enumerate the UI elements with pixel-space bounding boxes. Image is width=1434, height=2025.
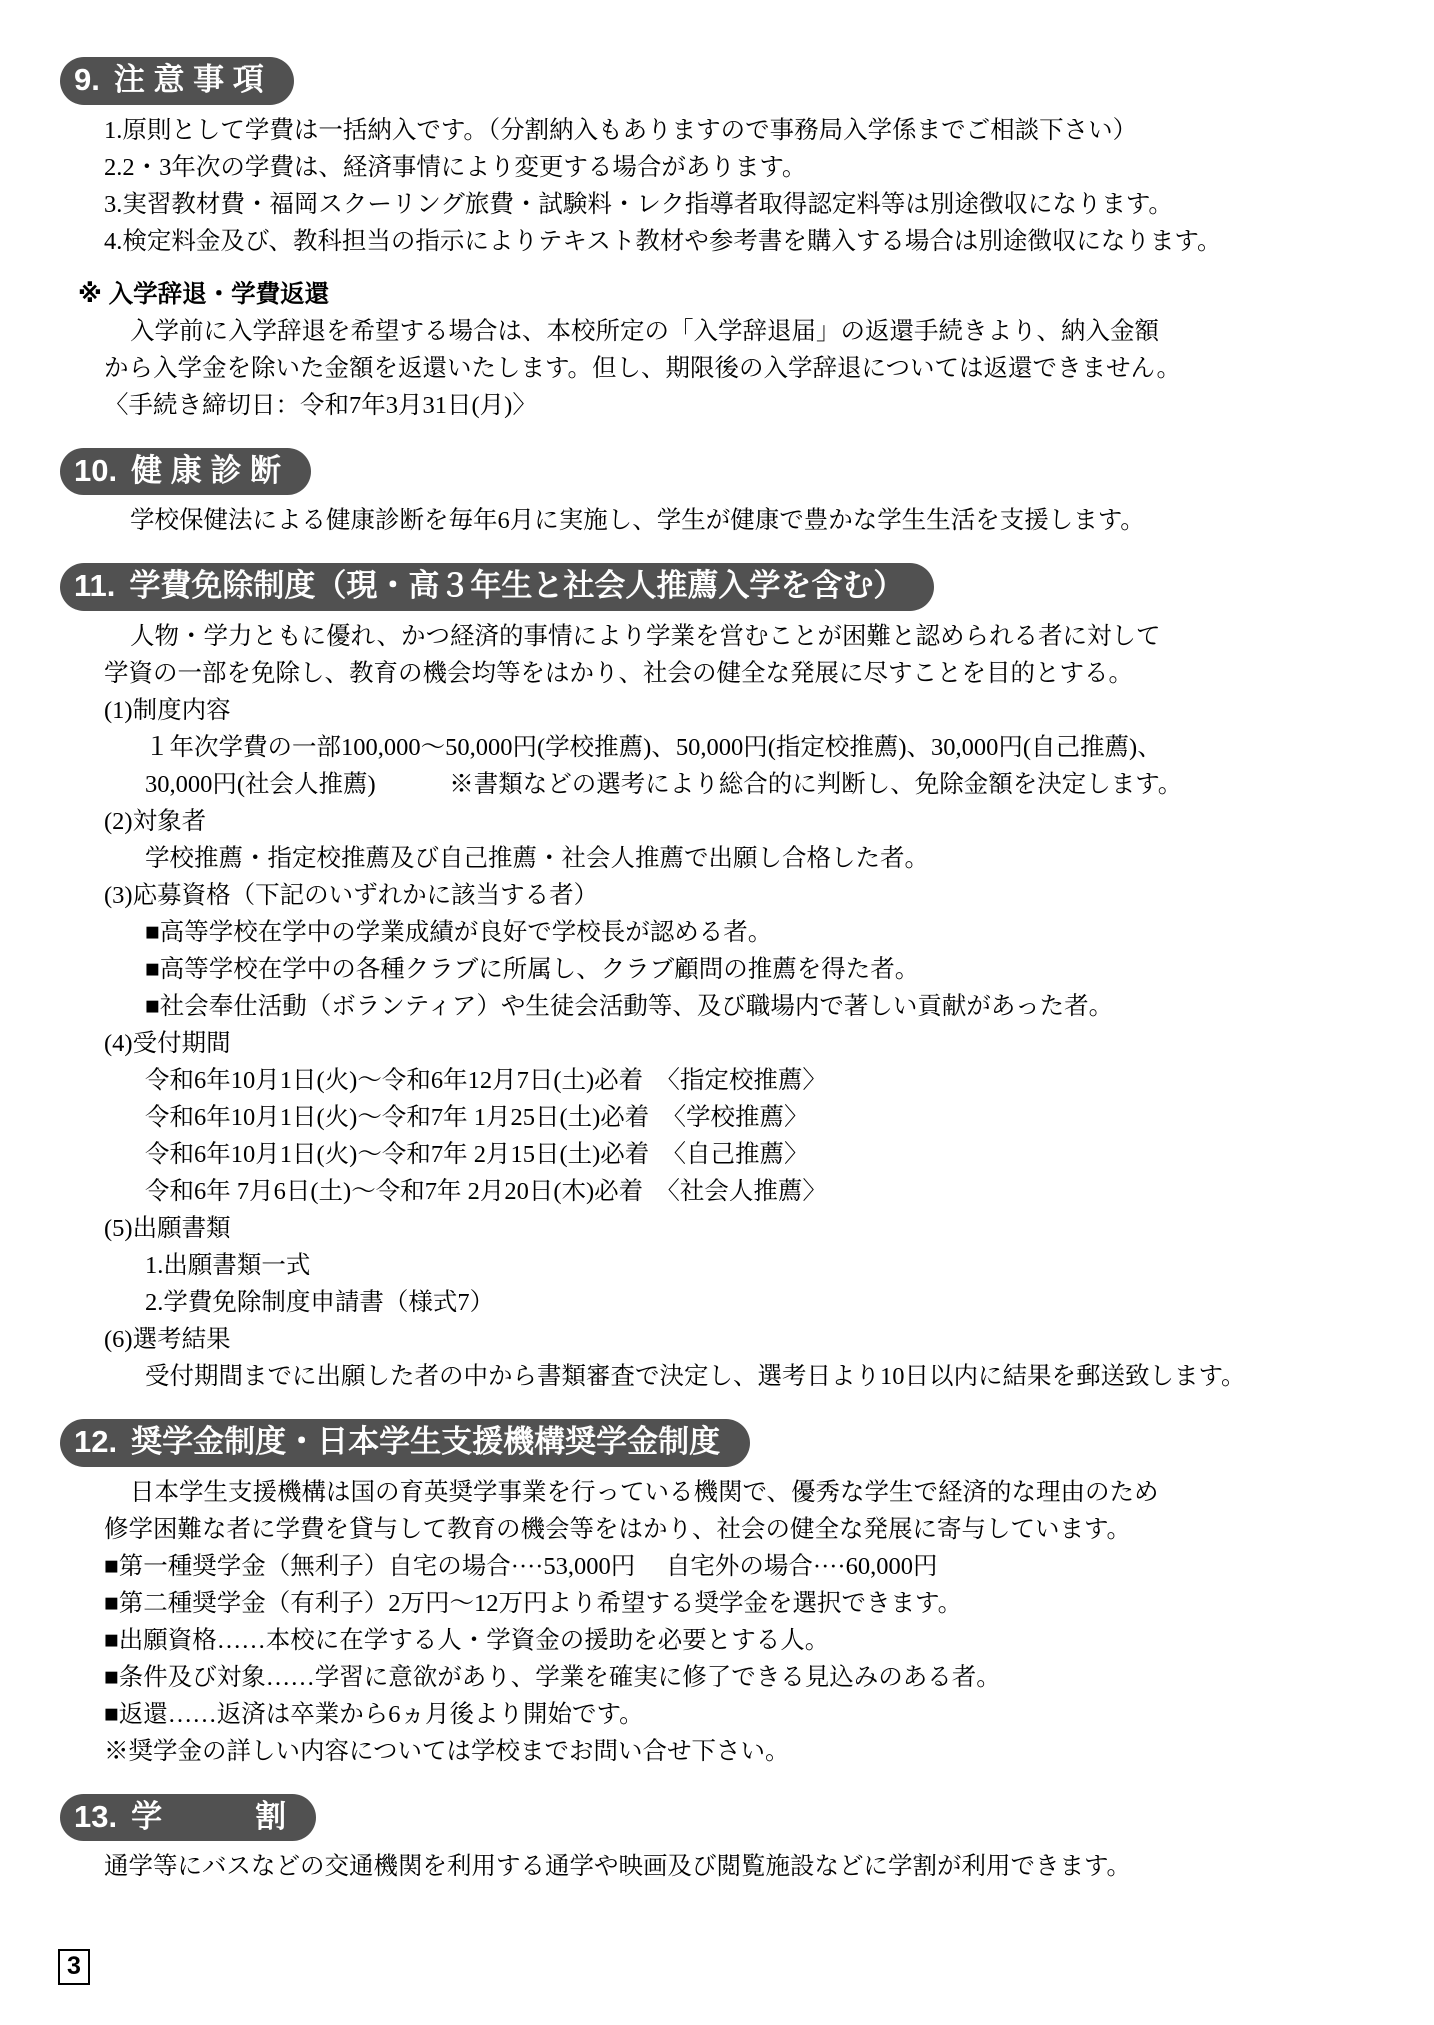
item-label-1: (1)制度内容 [104, 692, 1404, 729]
text-line: 人物・学力ともに優れ、かつ経済的事情により学業を営むことが困難と認められる者に対… [130, 618, 1404, 655]
text-line: ■社会奉仕活動（ボランティア）や生徒会活動等、及び職場内で著しい貢献があった者。 [145, 988, 1404, 1025]
section-title: 学 割 [131, 1799, 286, 1834]
text-line: 修学困難な者に学費を貸与して教育の機会等をはかり、社会の健全な発展に寄与していま… [104, 1511, 1404, 1548]
text-line: 受付期間までに出願した者の中から書類審査で決定し、選考日より10日以内に結果を郵… [145, 1358, 1404, 1395]
refund-note-title: ※ 入学辞退・学費返還 [78, 276, 1404, 313]
deadline-line: 〈手続き締切日：令和7年3月31日(月)〉 [104, 387, 1404, 424]
application-period-line: 令和6年 7月6日(土)～令和7年 2月20日(木)必着 〈社会人推薦〉 [145, 1173, 1404, 1210]
section-11-header: 11.学費免除制度（現・高３年生と社会人推薦入学を含む） [60, 563, 934, 611]
text-line: 通学等にバスなどの交通機関を利用する通学や映画及び閲覧施設などに学割が利用できま… [104, 1848, 1404, 1885]
section-number: 13. [74, 1799, 117, 1834]
scholarship-type-2: ■第二種奨学金（有利子）2万円～12万円より希望する奨学金を選択できます。 [104, 1585, 1404, 1622]
application-period-line: 令和6年10月1日(火)～令和7年 2月15日(土)必着 〈自己推薦〉 [145, 1136, 1404, 1173]
text-line: 入学前に入学辞退を希望する場合は、本校所定の「入学辞退届」の返還手続きより、納入… [130, 313, 1404, 350]
text-line: 日本学生支援機構は国の育英奨学事業を行っている機関で、優秀な学生で経済的な理由の… [130, 1474, 1404, 1511]
page-number: 3 [58, 1949, 90, 1985]
section-health-check: 10.健 康 診 断 学校保健法による健康診断を毎年6月に実施し、学生が健康で豊… [60, 448, 1404, 540]
notice-item-2: 2.2・3年次の学費は、経済事情により変更する場合があります。 [104, 149, 1404, 186]
application-period-line: 令和6年10月1日(火)～令和7年 1月25日(土)必着 〈学校推薦〉 [145, 1099, 1404, 1136]
application-period-line: 令和6年10月1日(火)～令和6年12月7日(土)必着 〈指定校推薦〉 [145, 1062, 1404, 1099]
section-9-header: 9.注 意 事 項 [60, 57, 294, 105]
item-label-6: (6)選考結果 [104, 1321, 1404, 1358]
section-number: 11. [74, 568, 115, 603]
text-line: 30,000円(社会人推薦) ※書類などの選考により総合的に判断し、免除金額を決… [145, 766, 1404, 803]
text-line: 2.学費免除制度申請書（様式7） [145, 1284, 1404, 1321]
scholarship-type-1: ■第一種奨学金（無利子）自宅の場合····53,000円 自宅外の場合····6… [104, 1548, 1404, 1585]
section-scholarship: 12.奨学金制度・日本学生支援機構奨学金制度 日本学生支援機構は国の育英奨学事業… [60, 1419, 1404, 1770]
document-page: 9.注 意 事 項 1.原則として学費は一括納入です。（分割納入もありますので事… [0, 0, 1434, 2025]
section-title: 奨学金制度・日本学生支援機構奨学金制度 [131, 1424, 720, 1459]
section-title: 健 康 診 断 [131, 453, 281, 488]
item-label-3: (3)応募資格（下記のいずれかに該当する者） [104, 877, 1404, 914]
text-line: ■返還……返済は卒業から6ヵ月後より開始です。 [104, 1696, 1404, 1733]
refund-note: ※ 入学辞退・学費返還 入学前に入学辞退を希望する場合は、本校所定の「入学辞退届… [60, 276, 1404, 424]
text-line: から入学金を除いた金額を返還いたします。但し、期限後の入学辞退については返還でき… [104, 350, 1404, 387]
section-13-header: 13.学 割 [60, 1794, 316, 1842]
section-precautions: 9.注 意 事 項 1.原則として学費は一括納入です。（分割納入もありますので事… [60, 57, 1404, 260]
notice-item-1: 1.原則として学費は一括納入です。（分割納入もありますので事務局入学係までご相談… [104, 112, 1404, 149]
text-line: 1.出願書類一式 [145, 1247, 1404, 1284]
section-number: 12. [74, 1424, 117, 1459]
section-10-header: 10.健 康 診 断 [60, 448, 311, 496]
text-line: 学校推薦・指定校推薦及び自己推薦・社会人推薦で出願し合格した者。 [145, 840, 1404, 877]
item-label-4: (4)受付期間 [104, 1025, 1404, 1062]
section-12-header: 12.奨学金制度・日本学生支援機構奨学金制度 [60, 1419, 750, 1467]
section-number: 9. [74, 62, 100, 97]
text-line: ■高等学校在学中の学業成績が良好で学校長が認める者。 [145, 914, 1404, 951]
section-title: 注 意 事 項 [114, 62, 264, 97]
section-number: 10. [74, 453, 117, 488]
text-line: ※奨学金の詳しい内容については学校までお問い合せ下さい。 [104, 1733, 1404, 1770]
item-label-2: (2)対象者 [104, 803, 1404, 840]
section-title: 学費免除制度（現・高３年生と社会人推薦入学を含む） [129, 568, 904, 603]
section-student-discount: 13.学 割 通学等にバスなどの交通機関を利用する通学や映画及び閲覧施設などに学… [60, 1794, 1404, 1886]
text-line: ■条件及び対象……学習に意欲があり、学業を確実に修了できる見込みのある者。 [104, 1659, 1404, 1696]
notice-item-3: 3.実習教材費・福岡スクーリング旅費・試験料・レク指導者取得認定料等は別途徴収に… [104, 186, 1404, 223]
section-tuition-exemption: 11.学費免除制度（現・高３年生と社会人推薦入学を含む） 人物・学力ともに優れ、… [60, 563, 1404, 1395]
text-line: ■高等学校在学中の各種クラブに所属し、クラブ顧問の推薦を得た者。 [145, 951, 1404, 988]
text-line: ■出願資格……本校に在学する人・学資金の援助を必要とする人。 [104, 1622, 1404, 1659]
item-label-5: (5)出願書類 [104, 1210, 1404, 1247]
text-line: 学校保健法による健康診断を毎年6月に実施し、学生が健康で豊かな学生生活を支援しま… [130, 502, 1404, 539]
text-line: １年次学費の一部100,000～50,000円(学校推薦)、50,000円(指定… [145, 729, 1404, 766]
text-line: 学資の一部を免除し、教育の機会均等をはかり、社会の健全な発展に尽すことを目的とす… [104, 655, 1404, 692]
notice-item-4: 4.検定料金及び、教科担当の指示によりテキスト教材や参考書を購入する場合は別途徴… [104, 223, 1404, 260]
